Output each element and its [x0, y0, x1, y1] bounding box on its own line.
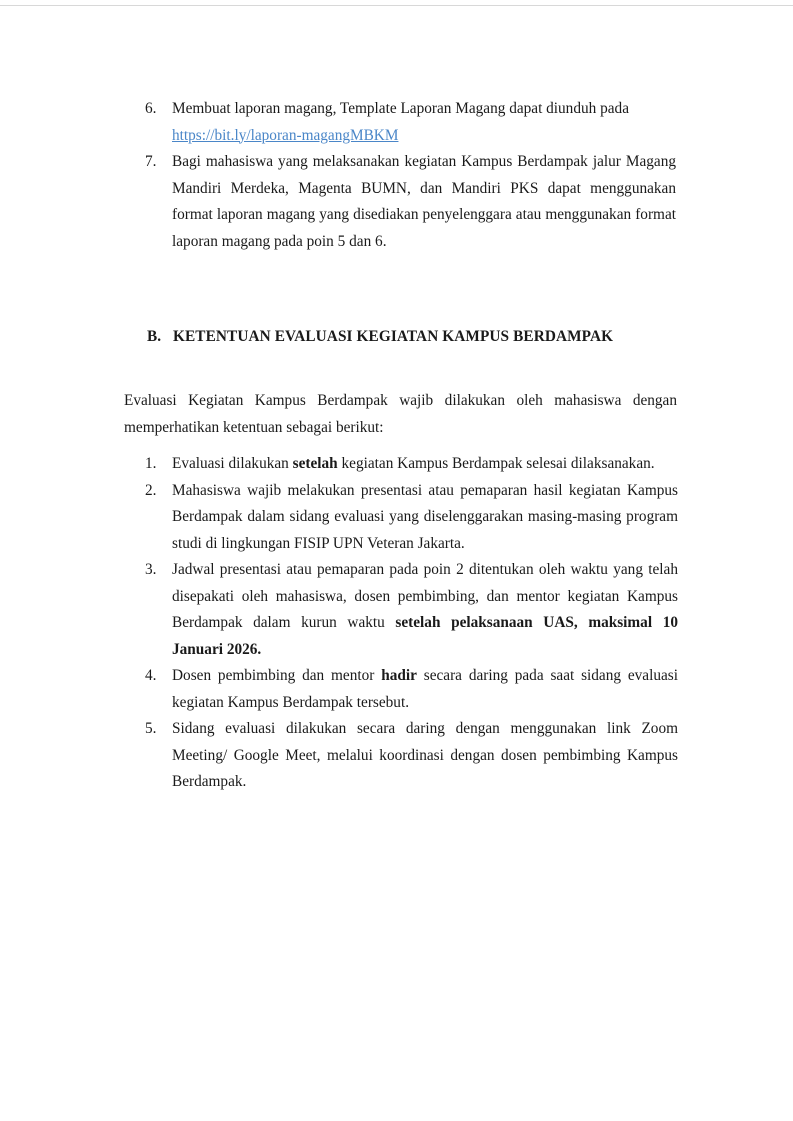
item-text: Bagi mahasiswa yang melaksanakan kegiata…: [172, 153, 676, 250]
list-item: 3. Jadwal presentasi atau pemaparan pada…: [172, 557, 678, 663]
item-emphasis: hadir: [381, 667, 417, 684]
item-number: 2.: [145, 478, 156, 505]
item-number: 3.: [145, 557, 156, 584]
list-item: 7. Bagi mahasiswa yang melaksanakan kegi…: [172, 149, 676, 255]
item-number: 6.: [145, 96, 156, 123]
list-item: 6. Membuat laporan magang, Template Lapo…: [172, 96, 676, 149]
list-item: 2. Mahasiswa wajib melakukan presentasi …: [172, 478, 678, 558]
report-instructions-list: 6. Membuat laporan magang, Template Lapo…: [172, 96, 676, 255]
section-heading: B.KETENTUAN EVALUASI KEGIATAN KAMPUS BER…: [147, 328, 613, 346]
evaluation-rules-list: 1. Evaluasi dilakukan setelah kegiatan K…: [172, 451, 678, 796]
list-item: 1. Evaluasi dilakukan setelah kegiatan K…: [172, 451, 678, 478]
template-download-link[interactable]: https://bit.ly/laporan-magangMBKM: [172, 127, 398, 144]
item-emphasis: setelah: [293, 455, 338, 472]
item-text: Membuat laporan magang, Template Laporan…: [172, 100, 629, 117]
item-text: Sidang evaluasi dilakukan secara daring …: [172, 720, 678, 790]
section-intro: Evaluasi Kegiatan Kampus Berdampak wajib…: [124, 388, 677, 441]
item-text: Evaluasi dilakukan: [172, 455, 293, 472]
item-number: 1.: [145, 451, 156, 478]
item-text: Dosen pembimbing dan mentor: [172, 667, 381, 684]
item-text: kegiatan Kampus Berdampak selesai dilaks…: [338, 455, 655, 472]
item-text: Mahasiswa wajib melakukan presentasi ata…: [172, 482, 678, 552]
list-item: 4. Dosen pembimbing dan mentor hadir sec…: [172, 663, 678, 716]
section-title: KETENTUAN EVALUASI KEGIATAN KAMPUS BERDA…: [173, 328, 613, 345]
page-top-edge: [0, 5, 793, 6]
item-number: 5.: [145, 716, 156, 743]
section-number: B.: [147, 328, 173, 346]
item-number: 7.: [145, 149, 156, 176]
list-item: 5. Sidang evaluasi dilakukan secara dari…: [172, 716, 678, 796]
item-number: 4.: [145, 663, 156, 690]
